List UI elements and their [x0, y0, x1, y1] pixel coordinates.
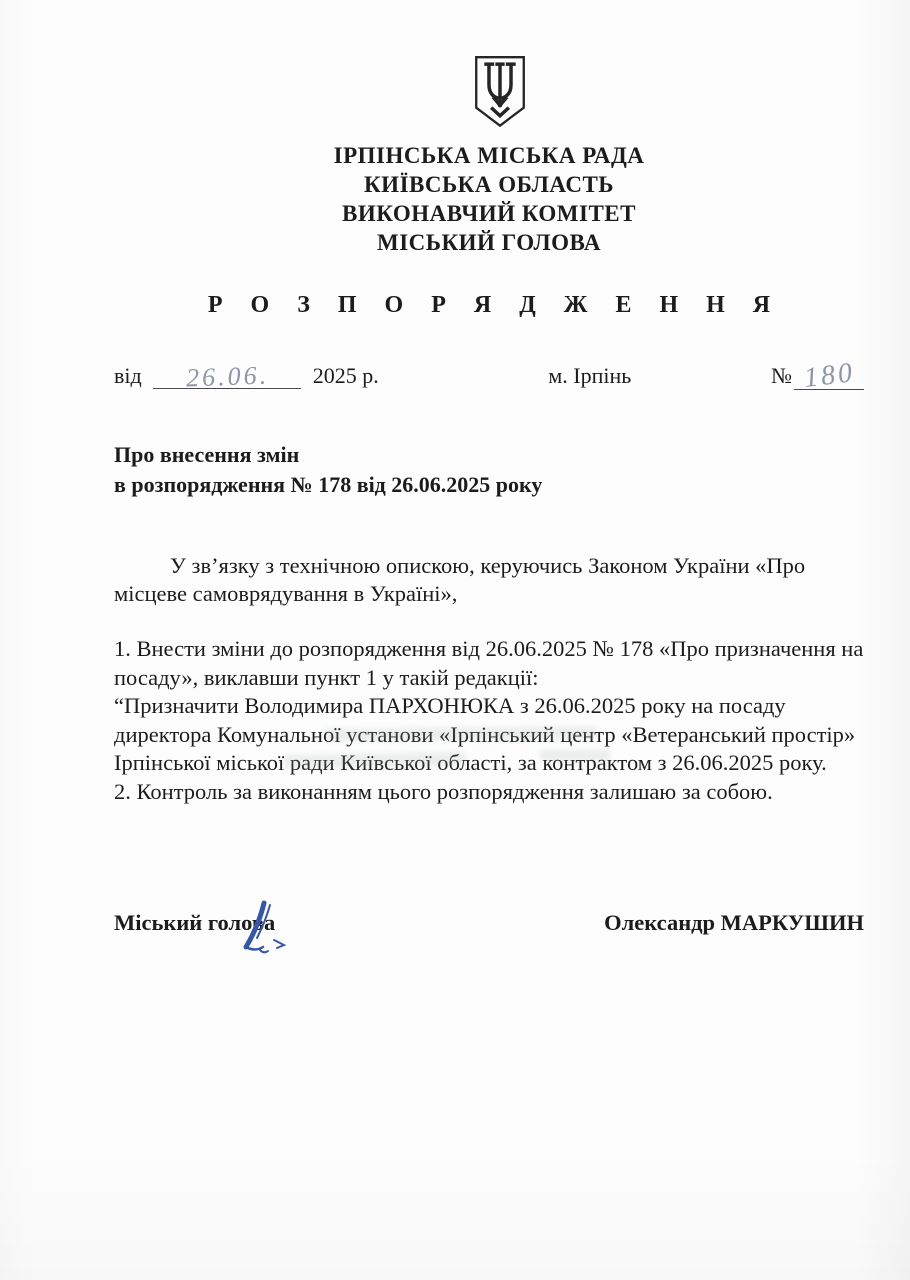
emblem-container — [114, 0, 864, 135]
number-underline: 180 — [794, 361, 864, 390]
preamble-line-1: У зв’язку з технічною опискою, керуючись… — [114, 552, 864, 580]
subject-block: Про внесення змін в розпорядження № 178 … — [114, 440, 864, 500]
org-office: МІСЬКИЙ ГОЛОВА — [114, 228, 864, 257]
preamble-line-2: місцеве самоврядування в Україні», — [114, 580, 864, 608]
preamble-paragraph: У зв’язку з технічною опискою, керуючись… — [114, 552, 864, 608]
subject-line-2: в розпорядження № 178 від 26.06.2025 рок… — [114, 470, 864, 500]
body-line: директора Комунальної установи «Ірпінськ… — [114, 721, 864, 750]
place-label: м. Ірпінь — [518, 363, 631, 389]
body-line: 2. Контроль за виконанням цього розпоряд… — [114, 778, 864, 807]
ukraine-trident-emblem-icon — [471, 54, 529, 130]
handwritten-date: 26.06. — [185, 363, 269, 392]
body-line: “Призначити Володимира ПАРХОНЮКА з 26.06… — [114, 692, 864, 721]
handwritten-signature-mark — [230, 900, 304, 956]
number-sign: № — [771, 363, 792, 388]
org-region: КИЇВСЬКА ОБЛАСТЬ — [114, 170, 864, 199]
handwritten-number: 180 — [802, 359, 856, 393]
document-content: ІРПІНСЬКА МІСЬКА РАДА КИЇВСЬКА ОБЛАСТЬ В… — [0, 0, 910, 936]
signature-row: Міський голова Олександр МАРКУШИН — [114, 910, 864, 936]
date-group: від 26.06. 2025 р. — [114, 362, 379, 389]
date-underline: 26.06. — [153, 362, 301, 389]
document-type-title: Р О З П О Р Я Д Ж Е Н Н Я — [114, 292, 864, 319]
org-committee: ВИКОНАВЧИЙ КОМІТЕТ — [114, 199, 864, 228]
org-header: ІРПІНСЬКА МІСЬКА РАДА КИЇВСЬКА ОБЛАСТЬ В… — [114, 141, 864, 257]
subject-line-1: Про внесення змін — [114, 440, 864, 470]
body-paragraphs: 1. Внести зміни до розпорядження від 26.… — [114, 635, 864, 806]
document-page: ІРПІНСЬКА МІСЬКА РАДА КИЇВСЬКА ОБЛАСТЬ В… — [0, 0, 910, 1280]
org-name: ІРПІНСЬКА МІСЬКА РАДА — [114, 141, 864, 170]
meta-row: від 26.06. 2025 р. м. Ірпінь №180 — [114, 361, 864, 390]
date-year-label: 2025 р. — [313, 363, 379, 388]
body-line: посаду», виклавши пункт 1 у такій редакц… — [114, 664, 864, 693]
date-prefix-label: від — [114, 363, 142, 388]
body-line: 1. Внести зміни до розпорядження від 26.… — [114, 635, 864, 664]
number-group: №180 — [771, 361, 864, 390]
body-line: Ірпінської міської ради Київської област… — [114, 749, 864, 778]
signer-name: Олександр МАРКУШИН — [604, 910, 864, 936]
